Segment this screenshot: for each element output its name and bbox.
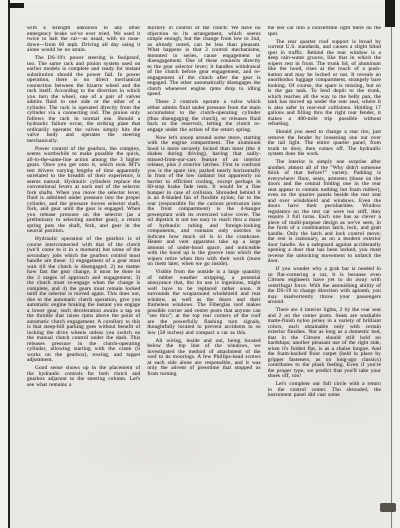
paragraph: the test car into a convertible right th… [268,26,381,37]
paragraph: Let's complete our full circle with a re… [268,382,381,399]
scan-margin-left [0,0,8,528]
paragraph: Should you need to change a rear tire, j… [268,130,381,158]
scan-corner-top-right-mark [385,0,395,27]
paragraph: mystery in control of the clutch: We hav… [147,26,260,98]
paragraph: The interior is simply one surprise afte… [268,160,381,265]
text-column-3: the test car into a convertible right th… [268,26,381,510]
paragraph: The DS-19's power steering is foolproof,… [27,56,140,144]
scan-edge-left-line [8,0,10,528]
scan-edge-right-line [391,0,392,528]
scanned-page: with a strength unknown to any other eme… [0,0,400,528]
scan-margin-right [393,0,400,528]
paragraph: There are 4 interior lights, 2 by the re… [268,308,381,380]
scan-corner-top-left-mark [8,3,24,8]
paragraph: The rear quarter roof support is broad b… [268,40,381,128]
scan-margin-top [0,0,400,3]
paragraph: Hydraulic operation of the gearbox is of… [27,237,140,364]
text-column-2: mystery in control of the clutch: We hav… [147,26,260,510]
paragraph: If you wonder why a grab bar is needed i… [268,267,381,306]
paragraph: with a strength unknown to any other eme… [27,26,140,54]
article-text-columns: with a strength unknown to any other eme… [27,26,381,510]
scan-smudge-bottom-right [380,503,396,512]
text-column-1: with a strength unknown to any other eme… [27,26,140,510]
paragraph: All wiring, inside and out, being locate… [147,339,260,378]
paragraph: These 2 controls operate a valve which e… [147,100,260,133]
paragraph: Power control of the gearbox, tho comple… [27,147,140,235]
paragraph: Now let's snoop around some more, starti… [147,136,260,268]
paragraph: Good sense shows up in the placement of … [27,366,140,388]
paragraph: Visible from the outside is a large quan… [147,270,260,336]
